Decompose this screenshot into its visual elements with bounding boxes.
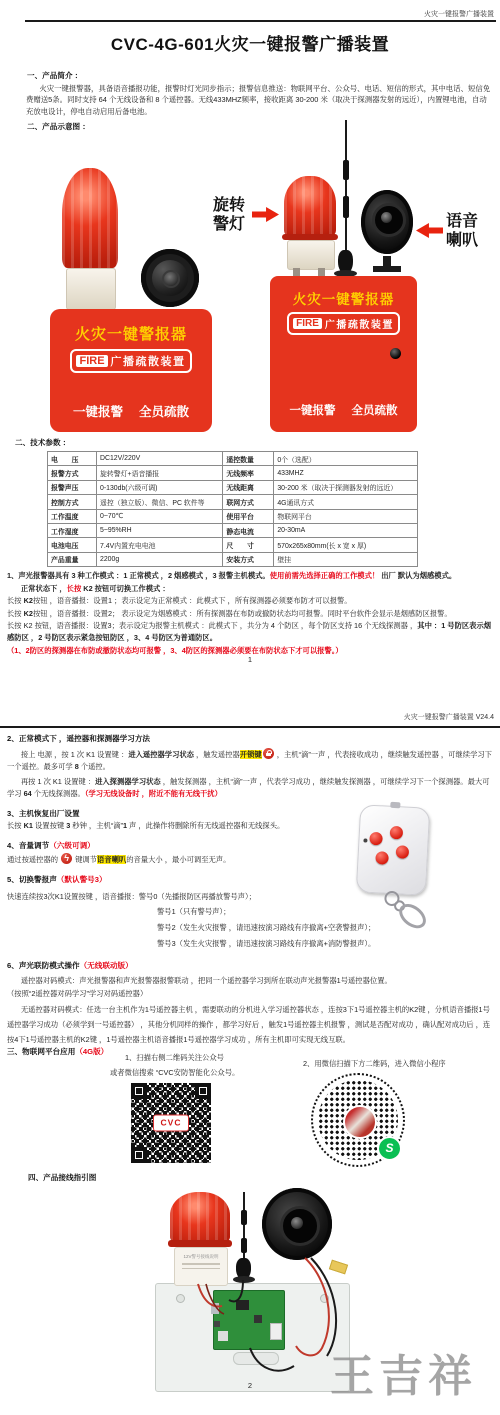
spec-row: 工作温度0~70℃使用平台物联网平台 (48, 509, 418, 523)
text-segment: 个遥控。 (79, 762, 110, 771)
arrow-right-icon (252, 207, 279, 222)
text-segment: 5、切换警报声 (7, 875, 57, 884)
text-segment: K2 按钮可切换工作模式 ： (81, 584, 169, 593)
intro-paragraph: 火灾一键报警器，具备语音播报功能，报警时灯光同步指示；报警信息推送：物联网平台、… (26, 83, 492, 117)
spec-value: 0-130db(六级可调) (97, 480, 223, 494)
text-segment: ，触发遥控器 (194, 750, 240, 759)
spec-label: 控制方式 (48, 495, 97, 509)
antenna-joint (343, 160, 349, 180)
text-segment: 长按 (67, 584, 82, 593)
text-segment: （1、2防区的探测器在布防或撤防状态均可报警 ，3、4防区的探测器必须要在布防状… (7, 646, 343, 655)
work-modes-block: 1、声光报警器具有 3 种工作模式 ：1 正常模式 ，2 烟感模式 ，3 报警主… (7, 570, 496, 657)
page-title: CVC-4G-601火灾一键报警广播装置 (0, 30, 500, 55)
spec-value: 2200g (97, 552, 223, 566)
qr-finder-icon (195, 1083, 211, 1099)
badge-right-text: 广播疏散装置 (325, 316, 394, 331)
spec-value: 0~70℃ (97, 509, 223, 523)
spec-value: 4G通讯方式 (274, 495, 418, 509)
text-segment: （无线联动版） (80, 961, 133, 970)
section-heading-figure: 二、产品示意图 ： (27, 121, 90, 132)
spec-value: 5~95%RH (97, 523, 223, 537)
horn-center-cap (381, 212, 392, 223)
spec-row: 报警方式旋转警灯+语音播报无线频率433MHZ (48, 466, 418, 480)
arrow-left-icon (416, 223, 443, 238)
text-segment: 6、声光联防模式操作 (7, 961, 80, 970)
text-segment: （默认警号3） (57, 875, 107, 884)
spec-label: 无线频率 (223, 466, 274, 480)
specs-table: 电 压DC12V/220V遥控数量0个（选配）报警方式旋转警灯+语音播报无线频率… (47, 451, 418, 567)
callout-voice-speaker: 语音喇叭 (446, 212, 482, 250)
spec-value: 遥控（独立版）、微信、PC 软件等 (97, 495, 223, 509)
spec-value: 7.4V内置充电电池 (97, 538, 223, 552)
text-segment: 的音量大小 ，最小可调至无声。 (126, 855, 230, 864)
spec-label: 使用平台 (223, 509, 274, 523)
modes-paragraph: 正常状态下 ，长按 K2 按钮可切换工作模式 ： (7, 583, 496, 595)
footer-right-text: 全员疏散 (139, 402, 189, 420)
spec-row: 电 压DC12V/220V遥控数量0个（选配） (48, 452, 418, 466)
text-segment: 再按 1 次 K1 设置键 ： (21, 777, 95, 786)
volume-icon (61, 853, 72, 864)
text-segment: K2 (24, 609, 33, 618)
text-segment: 开锁键 (240, 750, 262, 759)
text-segment: 长按 (7, 821, 24, 830)
text-segment: 三、物联网平台应用 (7, 1047, 75, 1056)
spec-row: 控制方式遥控（独立版）、微信、PC 软件等联网方式4G通讯方式 (48, 495, 418, 509)
siren-lead: 快速连续按3次K1设置按键 ，语音播报：警号0（先播报防区再播放警号声）； (7, 889, 496, 905)
text-segment: 个无线探测器。 (32, 789, 85, 798)
key-lock (390, 348, 401, 359)
antenna-joint (343, 196, 349, 218)
callout-rotating-beacon: 旋转警灯 (213, 196, 249, 234)
text-segment: K1 (24, 821, 33, 830)
wechat-miniprogram-icon: S (377, 1136, 402, 1161)
text-segment: 语音喇叭 (97, 855, 126, 864)
text-segment: 进入探测器学习状态 (95, 777, 161, 786)
section-heading-intro: 一、产品简介 ： (27, 70, 82, 81)
running-header: 火灾一键报警广播装置 V24.4 (404, 712, 494, 722)
qr-code-wechat: CVC (128, 1080, 214, 1166)
footer-left-text: 一键报警 (73, 402, 123, 420)
alarm-box-left: 火灾一键警报器 FIRE 广播疏散装置 一键报警 全员疏散 (50, 309, 212, 432)
remote-control (356, 804, 431, 896)
remote-button (369, 832, 383, 846)
modes-paragraph: 长按 K2 按钮，语音播报：设置3；表示设定为报警主机模式 ：此模式下 ，共分为… (7, 620, 496, 643)
section-heading-wiring: 四、产品接线指引图 (28, 1172, 96, 1183)
text-segment: 1、声光报警器具有 3 种工作模式 ：1 正常模式 ，2 烟感模式 ，3 报警主… (7, 571, 270, 580)
spec-value: 30-200 米（取决于探测器发射的远近） (274, 480, 418, 494)
modes-paragraph: 长按 K2按钮 ，语音播报：设置2； 表示设定为烟感模式 ：所有探测器在布防或撤… (7, 608, 496, 620)
text-segment: 接上 电源 ，按 1 次 K1 设置键 ： (21, 750, 128, 759)
spec-row: 报警声压0-130db(六级可调)无线距离30-200 米（取决于探测器发射的远… (48, 480, 418, 494)
remote-led (363, 838, 367, 842)
spec-value: DC12V/220V (97, 452, 223, 466)
remote-antenna-nub (390, 802, 400, 809)
text-segment: 通过按遥控器的 (7, 855, 60, 864)
page-number: 1 (0, 655, 500, 664)
device-title: 火灾一键警报器 (270, 288, 417, 308)
device-footer: 一键报警 全员疏散 (270, 402, 417, 418)
learn-paragraph: 接上 电源 ，按 1 次 K1 设置键 ：进入遥控器学习状态 ，触发遥控器开锁键… (7, 748, 496, 774)
spec-label: 产品重量 (48, 552, 97, 566)
text-segment: 64 (24, 789, 32, 798)
section-heading-iot: 三、物联网平台应用（4G版） (7, 1046, 108, 1057)
siren-item: 警号1（只有警号声）； (157, 904, 496, 920)
remote-button (390, 826, 404, 840)
qr-finder-icon (131, 1083, 147, 1099)
spec-label: 电 压 (48, 452, 97, 466)
spec-row: 产品重量2200g安装方式壁挂 (48, 552, 418, 566)
spec-row: 电池电压7.4V内置充电电池尺 寸570x265x80mm(长 x 宽 x 厚) (48, 538, 418, 552)
fire-badge: FIRE 广播疏散装置 (70, 349, 191, 373)
spec-value: 433MHZ (274, 466, 418, 480)
running-header: 火灾一键报警广播装置 (424, 9, 494, 19)
section-heading-specs: 二、技术参数 ： (15, 437, 70, 448)
unlock-icon (263, 748, 274, 759)
badge-right-text: 广播疏散装置 (111, 353, 186, 369)
beacon-base (66, 268, 116, 310)
footer-right-text: 全员疏散 (352, 402, 398, 418)
fire-badge-text: FIRE (76, 355, 107, 367)
text-segment: 键调节 (73, 855, 97, 864)
qr-finder-icon (131, 1147, 147, 1163)
modes-paragraph: 长按 K2按钮 ，语音播报：设置1 ；表示设定为正常模式 ：此模式下 ，所有探测… (7, 595, 496, 607)
siren-item: 警号3（发生火灾报警 ，请迅速按演习路线有序撤离+消防警报声）。 (157, 936, 496, 952)
text-segment: （学习无线设备时 ，附近不能有无线干扰） (85, 789, 222, 798)
iot-step-1: 1、扫描右侧二维码关注公众号 (125, 1053, 224, 1063)
horn-bracket (373, 266, 401, 272)
qr-center-logo: CVC (153, 1115, 189, 1132)
spec-value: 20-30mA (274, 523, 418, 537)
header-rule (0, 726, 500, 728)
beacon-base (287, 240, 335, 270)
device-title: 火灾一键警报器 (50, 323, 212, 344)
text-segment: 进入遥控器学习状态 (128, 750, 194, 759)
iot-step-1b: 或者微信搜索 “CVC安防智能化公众号。 (110, 1068, 239, 1078)
text-segment: （4G版） (75, 1047, 108, 1056)
spec-label: 无线距离 (223, 480, 274, 494)
linkage-paragraph: 无遥控器对码模式：任选一台主机作为1号遥控器主机 ，需要联动的分机进入学习遥控器… (7, 1002, 496, 1047)
spec-label: 尺 寸 (223, 538, 274, 552)
siren-item: 警号2（发生火灾报警 ，请迅速按演习路线有序撤离+空袭警报声）； (157, 920, 496, 936)
text-segment: 按钮 ，语音播报：设置2； 表示设定为烟感模式 ：所有探测器在布防或撤防状态均可… (33, 609, 452, 618)
text-segment: 按钮 ，语音播报：设置1 ；表示设定为正常模式 ：此模式下 ，所有探测器必须要布… (33, 596, 352, 605)
linkage-paragraph: 遥控器对码模式：声光报警器和声光报警器报警联动 ，把同一个遥控器学习到所在联动声… (7, 974, 496, 987)
text-segment: 长按 (7, 609, 24, 618)
iot-step-2: 2、用微信扫描下方二维码，进入微信小程序 (303, 1059, 446, 1069)
spec-label: 联网方式 (223, 495, 274, 509)
text-segment: 4、音量调节 (7, 841, 49, 850)
text-segment: 长按 (7, 596, 24, 605)
fire-badge-text: FIRE (293, 318, 322, 329)
fire-badge: FIRE 广播疏散装置 (287, 312, 400, 335)
spec-value: 0个（选配） (274, 452, 418, 466)
spec-label: 安装方式 (223, 552, 274, 566)
text-segment: 正常状态下 ， (21, 584, 67, 593)
document-page: 火灾一键报警广播装置 CVC-4G-601火灾一键报警广播装置 一、产品简介 ：… (0, 0, 500, 1415)
alarm-box-right: 火灾一键警报器 FIRE 广播疏散装置 一键报警 全员疏散 (270, 276, 417, 432)
header-rule (25, 20, 496, 22)
learn-paragraph: 再按 1 次 K1 设置键 ：进入探测器学习状态 ，触发探测器 ，主机“滴”一声… (7, 776, 496, 801)
spec-label: 遥控数量 (223, 452, 274, 466)
remote-button (375, 851, 389, 865)
section-heading-learn: 2、正常模式下 ，遥控器和探测器学习方法 (7, 733, 496, 746)
text-segment: 出厂 默认为烟感模式。 (379, 571, 456, 580)
siren-speaker (141, 249, 199, 307)
text-segment: K2 (24, 596, 33, 605)
spec-row: 工作湿度5~95%RH静态电流20-30mA (48, 523, 418, 537)
spec-label: 电池电压 (48, 538, 97, 552)
qr-center-photo (343, 1105, 377, 1139)
footer-left-text: 一键报警 (290, 402, 336, 418)
text-segment: （六级可调） (49, 841, 95, 850)
spec-label: 报警方式 (48, 466, 97, 480)
text-segment: 声 ，此操作将删除所有无线遥控器和无线探头。 (127, 821, 284, 830)
spec-label: 静态电流 (223, 523, 274, 537)
spec-value: 物联网平台 (274, 509, 418, 523)
device-footer: 一键报警 全员疏散 (50, 402, 212, 420)
text-segment: 秒钟 ，主机“滴” (70, 821, 123, 830)
spec-label: 报警声压 (48, 480, 97, 494)
watermark: 王吉祥 (330, 1340, 477, 1404)
linkage-paragraph: （按照“2遥控器对码学习”学习对码遥控器） (7, 987, 496, 1000)
beacon-dome (62, 168, 118, 268)
section-heading-linkage: 6、声光联防模式操作（无线联动版） (7, 960, 496, 973)
modes-paragraph: 1、声光报警器具有 3 种工作模式 ：1 正常模式 ，2 烟感模式 ，3 报警主… (7, 570, 496, 582)
text-segment: 使用前需先选择正确的工作模式！ (270, 571, 379, 580)
spec-value: 570x265x80mm(长 x 宽 x 厚) (274, 538, 418, 552)
remote-button (396, 845, 410, 859)
spec-label: 工作温度 (48, 509, 97, 523)
spec-value: 壁挂 (274, 552, 418, 566)
spec-label: 工作湿度 (48, 523, 97, 537)
beacon-dome (284, 176, 336, 236)
qr-code-miniprogram: S (318, 1080, 398, 1160)
text-segment: 长按 K2 按钮，语音播报：设置3；表示设定为报警主机模式 ：此模式下 ，共分为… (7, 621, 417, 630)
spec-value: 旋转警灯+语音播报 (97, 466, 223, 480)
text-segment: 设置按键 (33, 821, 66, 830)
